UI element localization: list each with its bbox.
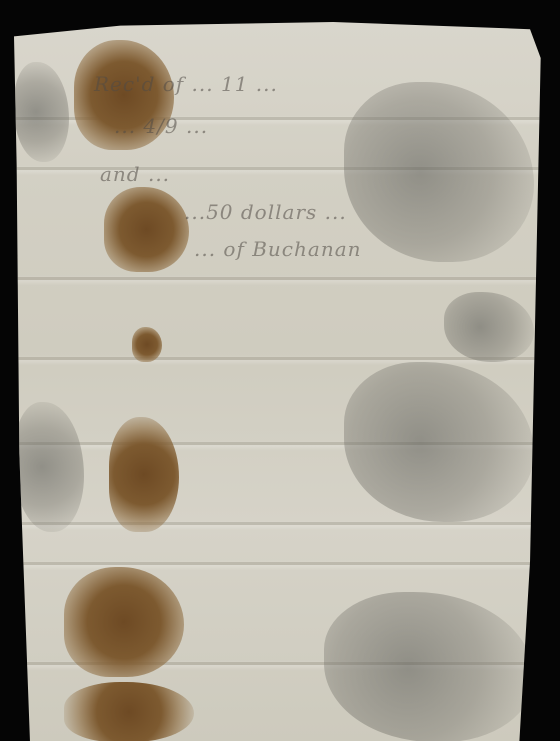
rust-stain [64, 567, 184, 677]
fold-line [14, 562, 546, 565]
fold-line [14, 277, 546, 280]
rust-stain [64, 682, 194, 741]
mold-patch [324, 592, 534, 741]
handwriting-line-3: and ... [100, 162, 170, 186]
mold-patch [14, 402, 84, 532]
rust-stain [132, 327, 162, 362]
mold-patch [14, 62, 69, 162]
rust-stain [109, 417, 179, 532]
handwriting-line-1: Rec'd of ... 11 ... [94, 72, 278, 96]
mold-patch [344, 82, 534, 262]
fold-line [14, 357, 546, 360]
handwriting-line-5: ... of Buchanan [194, 237, 362, 261]
mold-patch [444, 292, 534, 362]
handwriting-line-4: ...50 dollars ... [184, 200, 347, 224]
rust-stain [104, 187, 189, 272]
fold-line [14, 522, 546, 525]
document-paper: Rec'd of ... 11 ... ... 4/9 ... and ... … [14, 22, 546, 741]
handwriting-line-2: ... 4/9 ... [114, 114, 208, 138]
mold-patch [344, 362, 534, 522]
